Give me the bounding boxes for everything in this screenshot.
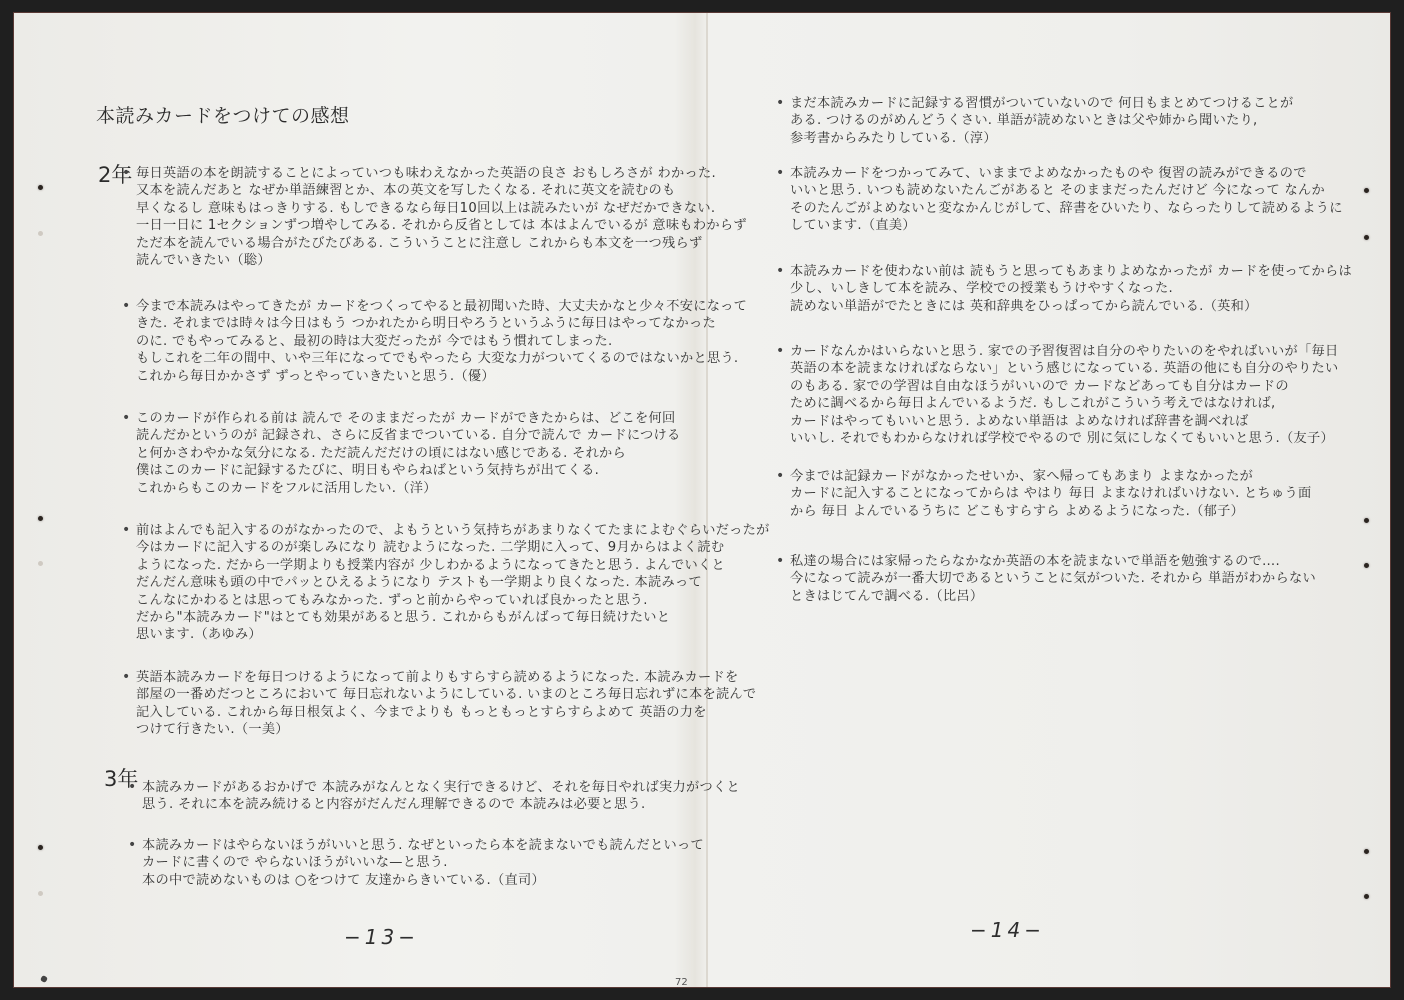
entry-line: 英語の本を読まなければならない」という感じになっている. 英語の他にも自分のやり… [790, 360, 1338, 377]
binder-hole [38, 891, 43, 896]
entry-line: もしこれを二年の間中、いや三年になってでもやったら 大変な力がついてくるのではな… [136, 350, 747, 367]
comment-entry: •このカードが作られる前は 読んで そのままだったが カードができたからは、どこ… [136, 410, 681, 497]
entry-line: カードに記入することになってからは やはり 毎日 よまなければいけない. とちゅ… [790, 485, 1312, 502]
entry-line: 今まで本読みはやってきたが カードをつくってやると最初聞いた時、大丈夫かなと少々… [136, 298, 747, 315]
bullet-icon: • [128, 837, 137, 854]
entry-line: 少し、いしきして本を読み、学校での授業もうけやすくなった. [790, 280, 1352, 297]
entry-line: だから"本読みカード"はとても効果があると思う. これからもがんばって毎日続けた… [136, 609, 770, 626]
entry-line: 前はよんでも記入するのがなかったので、よもうという気持ちがあまりなくてたまによむ… [136, 522, 770, 539]
entry-line: カードに書くので やらないほうがいいな—と思う. [142, 854, 704, 871]
entry-line: そのたんごがよめないと変なかんじがして、辞書をひいたり、ならったりして読めるよう… [790, 200, 1343, 217]
entry-line: しています.（直美） [790, 217, 1343, 234]
binder-hole [38, 845, 43, 850]
binder-hole [1364, 188, 1369, 193]
entry-line: 早くなるし 意味もはっきりする. もしできるなら毎日10回以上は読みたいが なぜ… [136, 200, 747, 217]
entry-line: 参考書からみたりしている.（淳） [790, 130, 1294, 147]
comment-entry: •カードなんかはいらないと思う. 家での予習復習は自分のやりたいのをやればいいが… [790, 343, 1338, 447]
entry-line: 今までは記録カードがなかったせいか、家へ帰ってもあまり よまなかったが [790, 468, 1312, 485]
binder-hole [1364, 894, 1369, 899]
entry-line: のに. でもやってみると、最初の時は大変だったが 今ではもう慣れてしまった. [136, 333, 747, 350]
bullet-icon: • [776, 553, 785, 570]
entry-line: カードはやってもいいと思う. よめない単語は よめなければ辞書を調べれば [790, 413, 1338, 430]
entry-line: と何かさわやかな気分になる. ただ読んだだけの頃にはない感じである. それから [136, 445, 681, 462]
entry-line: のもある. 家での学習は自由なほうがいいので カードなどあっても自分はカードの [790, 378, 1338, 395]
bullet-icon: • [122, 410, 131, 427]
binder-hole [1364, 563, 1369, 568]
entry-line: 私達の場合には家帰ったらなかなか英語の本を読まないで単語を勉強するので…. [790, 553, 1316, 570]
binder-hole [38, 185, 43, 190]
binder-hole [38, 231, 43, 236]
entry-line: 本読みカードはやらないほうがいいと思う. なぜといったら本を読まないでも読んだと… [142, 837, 704, 854]
entry-line: いいし. それでもわからなければ学校でやるので 別に気にしなくてもいいと思う.（… [790, 430, 1338, 447]
entry-line: ある. つけるのがめんどうくさい. 単語が読めないときは父や姉から聞いたり, [790, 112, 1294, 129]
bullet-icon: • [776, 343, 785, 360]
entry-line: 今はカードに記入するのが楽しみになり 読むようになった. 二学期に入って、9月か… [136, 539, 770, 556]
page-number-left: −13− [344, 925, 419, 949]
bullet-icon: • [776, 468, 785, 485]
entry-line: 一日一日に 1セクションずつ増やしてみる. それから反省としては 本はよんでいる… [136, 217, 747, 234]
binder-hole [1364, 235, 1369, 240]
entry-line: これから毎日かかさず ずっとやっていきたいと思う.（優） [136, 368, 747, 385]
bullet-icon: • [122, 522, 131, 539]
comment-entry: •本読みカードはやらないほうがいいと思う. なぜといったら本を読まないでも読んだ… [142, 837, 704, 889]
entry-line: ただ本を読んでいる場合がたびたびある. こういうことに注意し これからも本文を一… [136, 235, 747, 252]
entry-line: だんだん意味も頭の中でパッとひえるようになり テストも一学期より良くなった. 本… [136, 574, 770, 591]
binder-hole [1364, 849, 1369, 854]
entry-line: 又本を読んだあと なぜか単語練習とか、本の英文を写したくなる. それに英文を読む… [136, 182, 747, 199]
comment-entry: •毎日英語の本を朗読することによっていつも味わえなかった英語の良さ おもしろさが… [136, 165, 747, 269]
comment-entry: •本読みカードを使わない前は 読もうと思ってもあまりよめなかったが カードを使っ… [790, 263, 1352, 315]
entry-line: 思います.（あゆみ） [136, 626, 770, 643]
entry-line: ようになった. だから一学期よりも授業内容が 少しわかるようになってきたと思う.… [136, 557, 770, 574]
entry-line: 思う. それに本を読み続けると内容がだんだん理解できるので 本読みは必要と思う. [142, 796, 740, 813]
comment-entry: •私達の場合には家帰ったらなかなか英語の本を読まないで単語を勉強するので….今に… [790, 553, 1316, 605]
entry-line: これからもこのカードをフルに活用したい.（洋） [136, 480, 681, 497]
entry-line: ときはじてんで調べる.（比呂） [790, 588, 1316, 605]
entry-line: このカードが作られる前は 読んで そのままだったが カードができたからは、どこを… [136, 410, 681, 427]
comment-entry: •今までは記録カードがなかったせいか、家へ帰ってもあまり よまなかったがカードに… [790, 468, 1312, 520]
entry-line: 本読みカードがあるおかげで 本読みがなんとなく実行できるけど、それを毎日やれば実… [142, 779, 740, 796]
binder-hole [38, 516, 43, 521]
scanned-sheet: 本読みカードをつけての感想 2年 •毎日英語の本を朗読することによっていつも味わ… [14, 13, 1390, 987]
entry-line: 本読みカードを使わない前は 読もうと思ってもあまりよめなかったが カードを使って… [790, 263, 1352, 280]
entry-line: まだ本読みカードに記録する習慣がついていないので 何日もまとめてつけることが [790, 95, 1294, 112]
comment-entry: •まだ本読みカードに記録する習慣がついていないので 何日もまとめてつけることがあ… [790, 95, 1294, 147]
entry-line: こんなにかわるとは思ってもみなかった. ずっと前からやっていれば良かったと思う. [136, 592, 770, 609]
binder-hole [1364, 518, 1369, 523]
bullet-icon: • [776, 165, 785, 182]
bullet-icon: • [122, 298, 131, 315]
comment-entry: •今まで本読みはやってきたが カードをつくってやると最初聞いた時、大丈夫かなと少… [136, 298, 747, 385]
entry-line: カードなんかはいらないと思う. 家での予習復習は自分のやりたいのをやればいいが「… [790, 343, 1338, 360]
ink-smudge [40, 975, 48, 983]
entry-line: 今になって読みが一番大切であるということに気がついた. それから 単語がわからな… [790, 570, 1316, 587]
comment-entry: •前はよんでも記入するのがなかったので、よもうという気持ちがあまりなくてたまによ… [136, 522, 770, 644]
comment-entry: •本読みカードをつかってみて、いままでよめなかったものや 復習の読みができるので… [790, 165, 1343, 235]
entry-line: 毎日英語の本を朗読することによっていつも味わえなかった英語の良さ おもしろさが … [136, 165, 747, 182]
comment-entry: •本読みカードがあるおかげで 本読みがなんとなく実行できるけど、それを毎日やれば… [142, 779, 740, 814]
comment-entry: •英語本読みカードを毎日つけるようになって前よりもすらすら読めるようになった. … [136, 669, 756, 739]
entry-line: 読めない単語がでたときには 英和辞典をひっぱってから読んでいる.（英和） [790, 298, 1352, 315]
entry-line: から 毎日 よんでいるうちに どこもすらすら よめるようになった.（郁子） [790, 503, 1312, 520]
entry-line: いいと思う. いつも読めないたんごがあると そのままだったんだけど 今になって … [790, 182, 1343, 199]
bullet-icon: • [776, 95, 785, 112]
entry-line: ために調べるから毎日よんでいるようだ. もしこれがこういう考えではなければ, [790, 395, 1338, 412]
entry-line: 英語本読みカードを毎日つけるようになって前よりもすらすら読めるようになった. 本… [136, 669, 756, 686]
bullet-icon: • [776, 263, 785, 280]
binder-hole [38, 561, 43, 566]
bullet-icon: • [122, 669, 131, 686]
entry-line: 読んでいきたい（聡） [136, 252, 747, 269]
left-page: 本読みカードをつけての感想 2年 •毎日英語の本を朗読することによっていつも味わ… [14, 13, 706, 987]
page-number-right: −14− [970, 918, 1045, 942]
entry-line: 読んだかというのが 記録され、さらに反省までついている. 自分で読んで カードに… [136, 427, 681, 444]
entry-line: 記入している. これから毎日根気よく、今までよりも もっともっとすらすらよめて … [136, 704, 756, 721]
right-page: •まだ本読みカードに記録する習慣がついていないので 何日もまとめてつけることがあ… [708, 13, 1390, 987]
document-title: 本読みカードをつけての感想 [96, 101, 350, 128]
entry-line: 本の中で読めないものは ○をつけて 友達からきいている.（直司） [142, 872, 704, 889]
entry-line: 本読みカードをつかってみて、いままでよめなかったものや 復習の読みができるので [790, 165, 1343, 182]
entry-line: きた. それまでは時々は今日はもう つかれたから明日やろうというふうに毎日はやっ… [136, 315, 747, 332]
bullet-icon: • [122, 165, 131, 182]
archive-number: 72 [675, 977, 688, 988]
entry-line: つけて行きたい.（一美） [136, 721, 756, 738]
bullet-icon: • [128, 779, 137, 796]
entry-line: 部屋の一番めだつところにおいて 毎日忘れないようにしている. いまのところ毎日忘… [136, 686, 756, 703]
entry-line: 僕はこのカードに記録するたびに、明日もやらねばという気持ちが出てくる. [136, 462, 681, 479]
